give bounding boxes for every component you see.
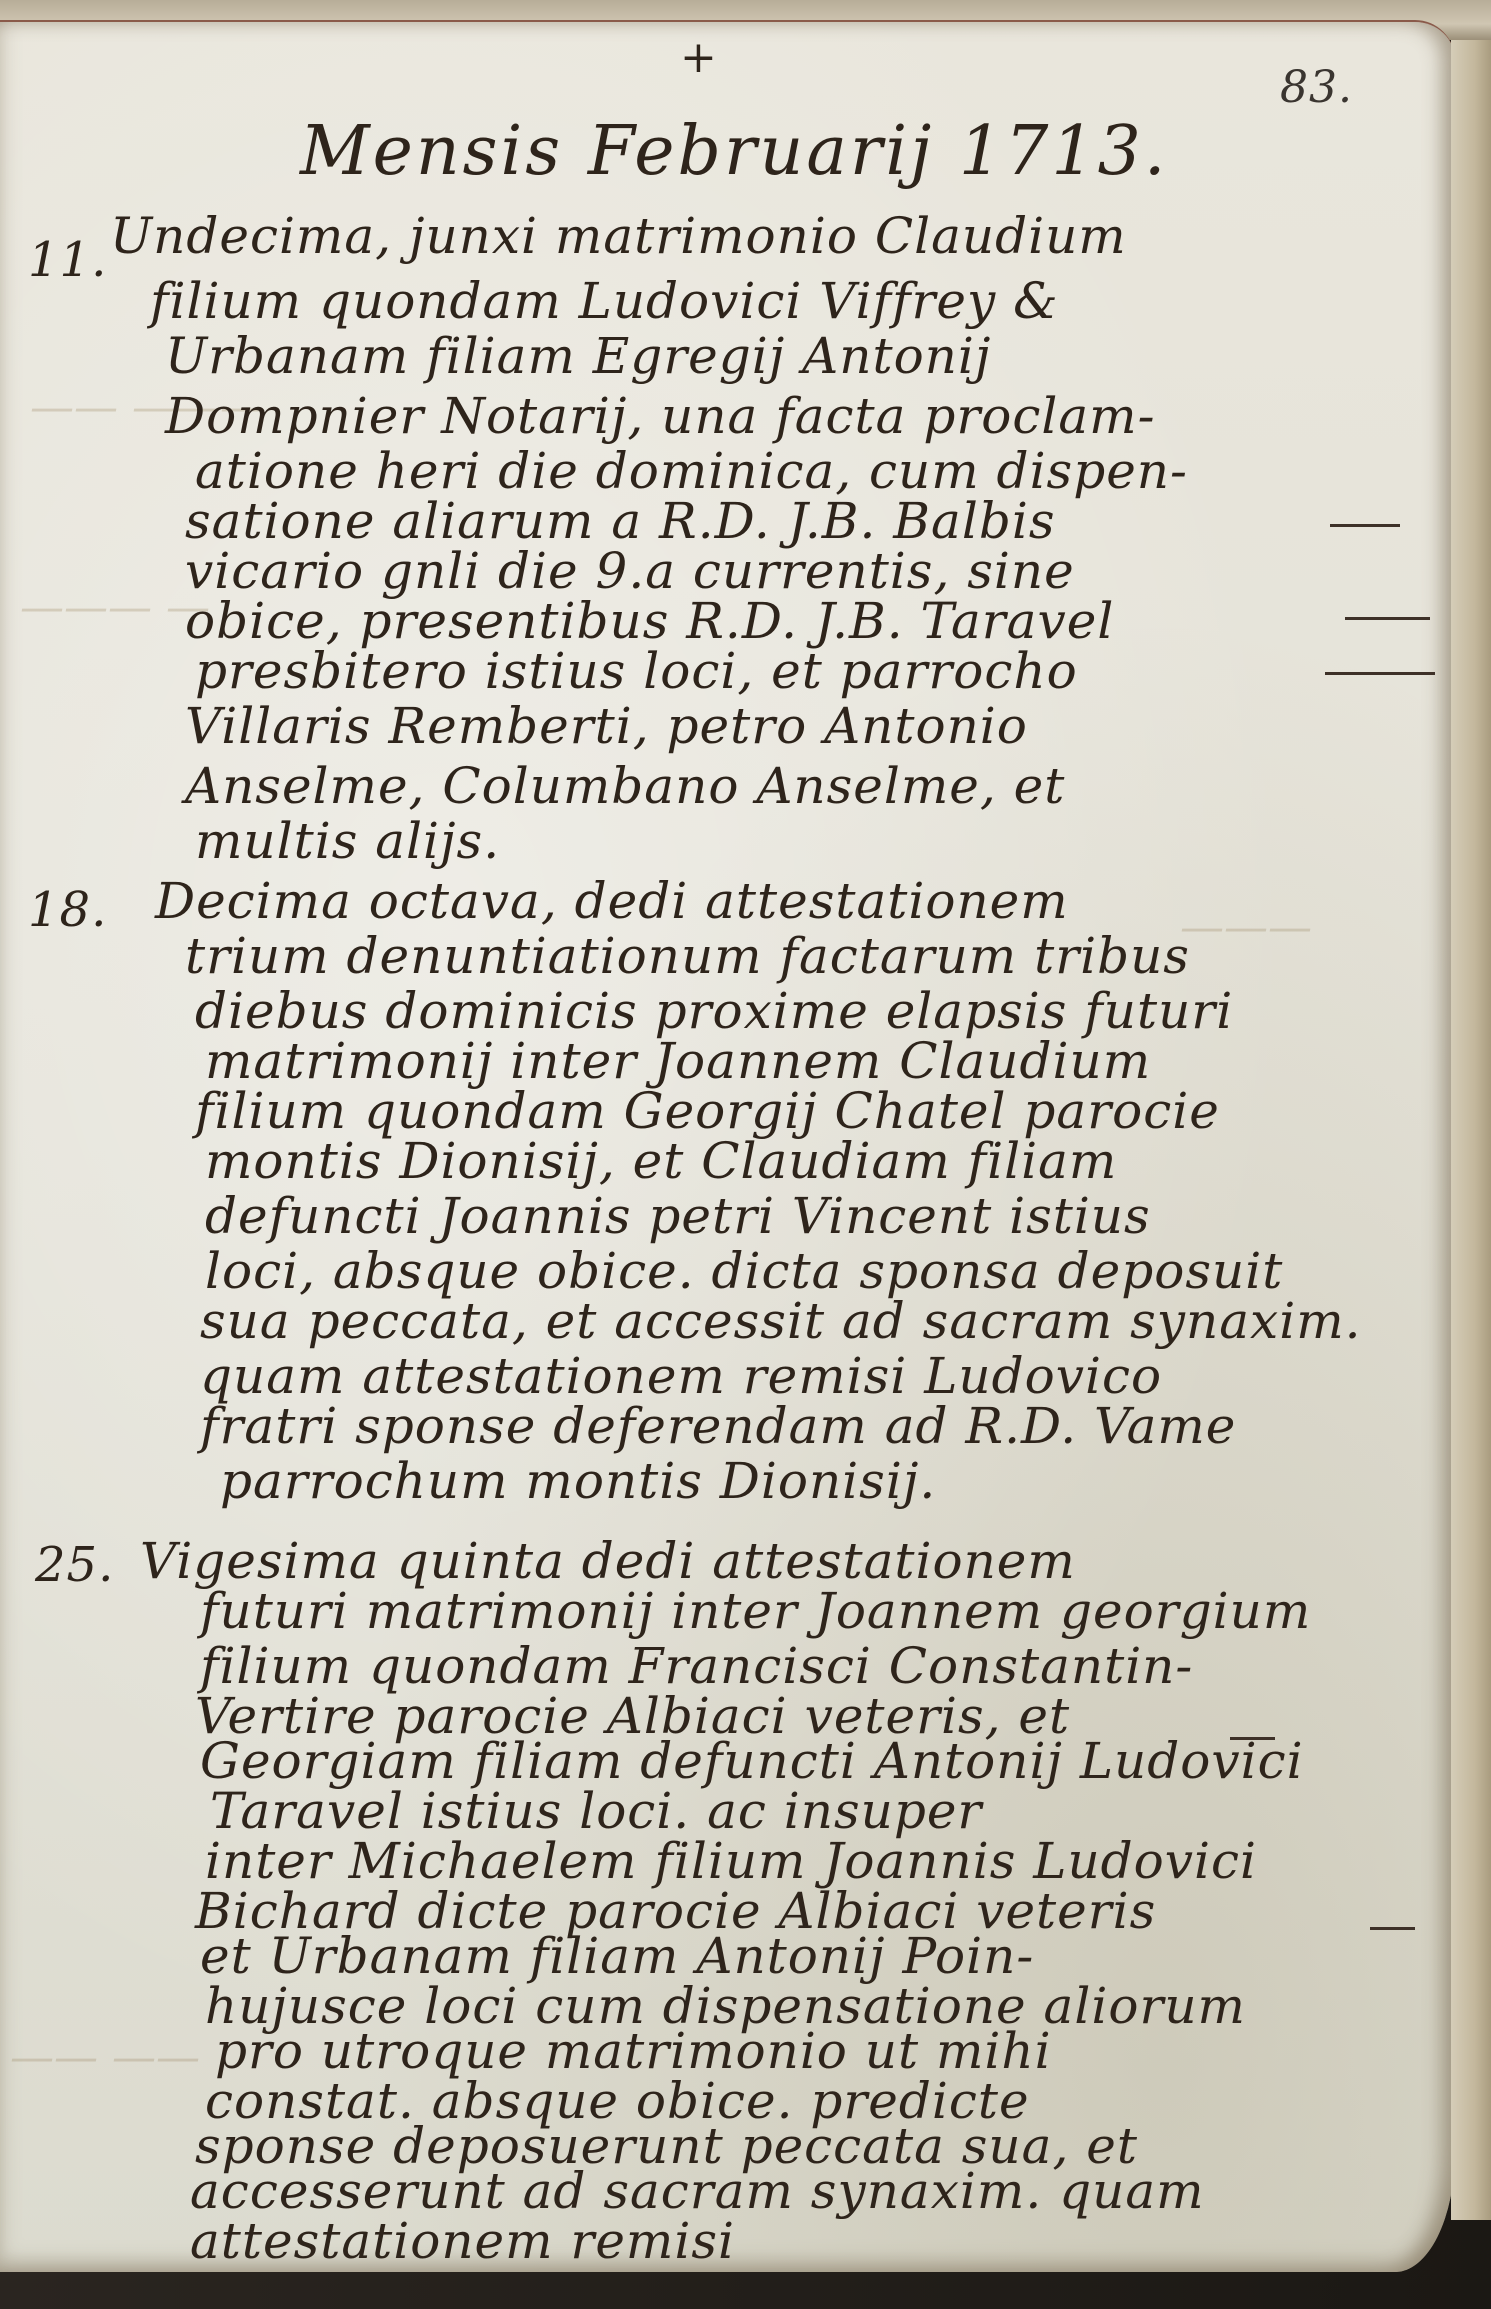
entry-line: trium denuntiationum factarum tribus — [185, 927, 1190, 985]
entry-line: filium quondam Ludovici Viffrey & — [150, 272, 1059, 330]
page-edge-fold — [1451, 40, 1491, 2220]
line-filler-dash — [1330, 524, 1400, 527]
line-filler-dash — [1345, 617, 1430, 620]
entry-line: defuncti Joannis petri Vincent istius — [205, 1187, 1151, 1245]
entry-line: Villaris Remberti, petro Antonio — [185, 697, 1028, 755]
entry-line: montis Dionisij, et Claudiam filiam — [205, 1132, 1117, 1190]
manuscript-page: —— ——— ——— — ——— —— —— + 83. Mensis Febr… — [0, 20, 1455, 2272]
entry-line: futuri matrimonij inter Joannem georgium — [200, 1582, 1311, 1640]
entry-line: fratri sponse deferendam ad R.D. Vame — [200, 1397, 1236, 1455]
line-filler-dash — [1325, 672, 1435, 675]
entry-line: Decima octava, dedi attestationem — [155, 872, 1069, 930]
bleed-through-text: ——— — — [20, 582, 210, 633]
line-filler-dash — [1230, 1737, 1275, 1740]
entry-line: Anselme, Columbano Anselme, et — [185, 757, 1065, 815]
entry-line: presbitero istius loci, et parrocho — [195, 642, 1078, 700]
margin-date: 11. — [28, 232, 107, 288]
folio-number: 83. — [1280, 62, 1353, 113]
entry-line: Urbanam filiam Egregij Antonij — [165, 327, 991, 385]
margin-date: 25. — [35, 1537, 114, 1593]
line-filler-dash — [1370, 1927, 1415, 1930]
bleed-through-text: —— —— — [10, 2032, 200, 2083]
entry-line: attestationem remisi — [190, 2212, 735, 2270]
bleed-through-text: ——— — [1180, 902, 1312, 953]
margin-date: 18. — [28, 882, 107, 938]
manuscript-scan: —— ——— ——— — ——— —— —— + 83. Mensis Febr… — [0, 0, 1491, 2309]
entry-line: sua peccata, et accessit ad sacram synax… — [200, 1292, 1362, 1350]
entry-line: Dompnier Notarij, una facta proclam- — [165, 387, 1155, 445]
page-heading: Mensis Februarij 1713. — [300, 112, 1169, 191]
entry-line: parrochum montis Dionisij. — [220, 1452, 936, 1510]
entry-line: Undecima, junxi matrimonio Claudium — [110, 207, 1127, 265]
entry-line: multis alijs. — [195, 812, 500, 870]
cross-mark: + — [680, 32, 718, 83]
